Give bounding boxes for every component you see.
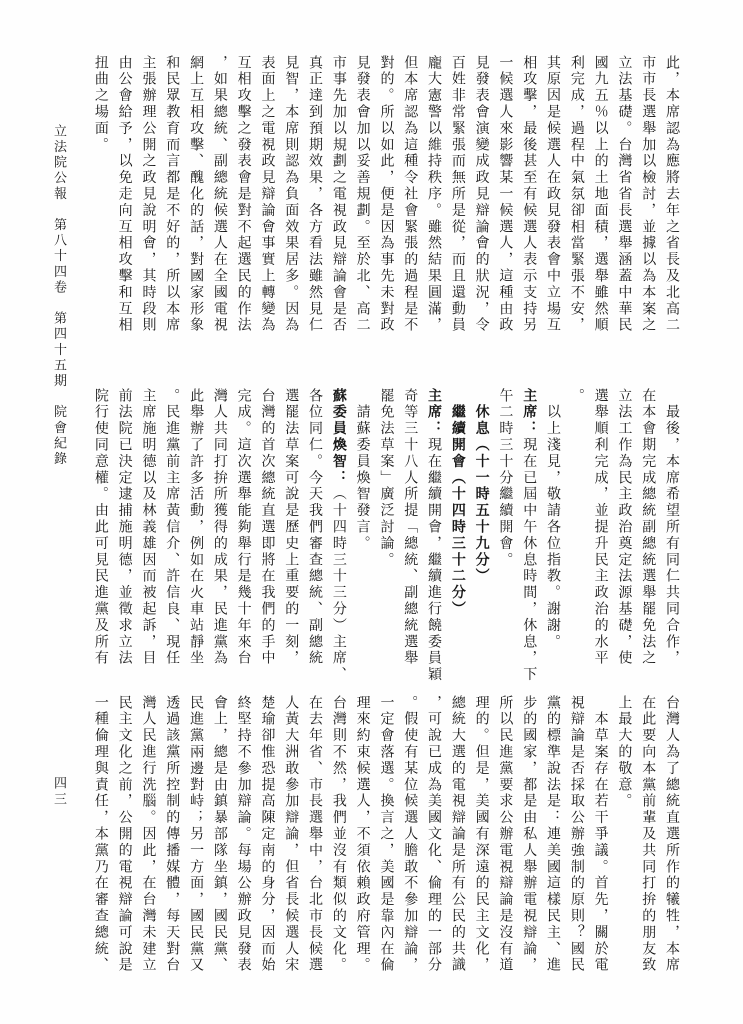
text-block-bottom: 台灣人為了總統直選所作的犧牲，本席在此要向本黨前輩及共同打拚的朋友致上最大的敬意… xyxy=(88,695,683,975)
text-column: 奇等三十八人所提「總統、副總統選舉 xyxy=(397,388,421,668)
text-column: 理來約束候選人，不須依賴政府管理。 xyxy=(350,695,374,975)
text-segment: 現在繼續開會，繼續進行饒委員穎 xyxy=(426,437,441,683)
text-segment: 午二時三十分繼續開會。 xyxy=(497,388,512,568)
text-segment: 此，本席認為應將去年之省長及北高二 xyxy=(664,55,679,334)
text-segment: 會上，總是由鎮暴部隊坐鎮，國民黨、 xyxy=(212,695,227,974)
text-column: 和民眾教育而言都是不好的，所以本席 xyxy=(159,55,183,335)
text-segment: 。假使有某位候選人膽敢不參加辯論， xyxy=(402,695,417,974)
text-segment: 罷免法草案」廣泛討論。 xyxy=(378,388,393,568)
text-segment: 一定會落選。換言之，美國是靠內在倫 xyxy=(378,695,393,974)
text-segment: 網上互相攻擊、醜化的話，對國家形象 xyxy=(188,55,203,334)
text-segment: 市事先加以規劃之電視政見辯論會是否 xyxy=(331,55,346,334)
text-segment: 見發表會加以妥善規劃。至於北、高二 xyxy=(355,55,370,334)
text-column: 黨的標準說法是：連美國這樣民主、進 xyxy=(540,695,564,975)
text-column: 在去年省、市長選舉中，台北市長候選 xyxy=(302,695,326,975)
text-column: 見智，本席則認為負面效果居多。因為 xyxy=(278,55,302,335)
text-column: 真正達到預期效果，各方看法雖然見仁 xyxy=(302,55,326,335)
text-column: 完成。這次選舉能夠舉行是幾十年來台 xyxy=(231,388,255,668)
text-column: ，可說已成為美國文化、倫理的一部分 xyxy=(421,695,445,975)
text-block-top: 此，本席認為應將去年之省長及北高二市市長選舉加以檢討，並據以為本案之立法基礎。台… xyxy=(88,55,683,335)
text-segment: 表面上之電視政見辯論會事實上轉變為 xyxy=(259,55,274,334)
text-column: 一候選人來影響某一候選人，這種由政 xyxy=(493,55,517,335)
text-segment: 此舉辦了許多活動，例如在火車站靜坐 xyxy=(188,388,203,667)
text-segment: 透過該黨所控制的傳播媒體，每天對台 xyxy=(164,695,179,974)
text-column: ，如果總統、副總統候選人在全國電視 xyxy=(207,55,231,335)
text-column: 主席：現在繼續開會，繼續進行饒委員穎 xyxy=(421,388,445,668)
text-column: 各位同仁。今天我們審查總統、副總統 xyxy=(302,388,326,668)
text-segment: 各位同仁。今天我們審查總統、副總統 xyxy=(307,388,322,667)
text-segment: 國九五％以上的土地面積，選舉雖然順 xyxy=(593,55,608,334)
text-column: 灣人共同打拚所獲得的成果，民進黨為 xyxy=(207,388,231,668)
text-segment: 步的國家，都是由私人舉辦電視辯論， xyxy=(521,695,536,974)
text-segment: 視辯論是否採取公辦強制的原則？國民 xyxy=(569,695,584,974)
text-segment: 龐大憲警以維持秩序。雖然結果圓滿， xyxy=(426,55,441,334)
text-segment: 理的。但是，美國有深遠的民主文化， xyxy=(474,695,489,974)
text-segment: 立法工作為民主政治奠定法源基礎，使 xyxy=(616,388,631,667)
text-segment: 百姓非常緊張而無所是從，而且還動員 xyxy=(450,55,465,334)
text-segment: 一候選人來影響某一候選人，這種由政 xyxy=(497,55,512,334)
text-column: 台灣的首次總統直選即將在我們的手中 xyxy=(255,388,279,668)
text-segment: 請蘇委員煥智發言。 xyxy=(355,388,370,552)
text-column: 市市長選舉加以檢討，並據以為本案之 xyxy=(635,55,659,335)
text-column: 一種倫理與責任，本黨乃在審查總統、 xyxy=(88,695,112,975)
text-segment: 台灣人為了總統直選所作的犧牲，本席 xyxy=(664,695,679,974)
text-column: 在本會期完成總統副總統選舉罷免法之 xyxy=(635,388,659,668)
text-column: 民主文化之前，公開的電視辯論可說是 xyxy=(112,695,136,975)
text-column: 見發表會演變成政見辯論會的狀況，令 xyxy=(469,55,493,335)
text-column: 繼續開會（十四時三十二分） xyxy=(445,388,469,668)
text-column: 龐大憲警以維持秩序。雖然結果圓滿， xyxy=(421,55,445,335)
text-column: 請蘇委員煥智發言。 xyxy=(350,388,374,668)
text-segment: 繼續開會（十四時三十二分） xyxy=(450,388,465,618)
text-column: 民進黨兩邊對峙；另一方面，國民黨又 xyxy=(183,695,207,975)
text-segment: 理來約束候選人，不須依賴政府管理。 xyxy=(355,695,370,974)
text-segment: 主張辦理公開之政見說明會，其時段則 xyxy=(140,55,155,334)
text-segment: （十四時三十三分）主席、 xyxy=(331,486,346,683)
text-segment: 選罷法草案可說是歷史上重要的一刻， xyxy=(283,388,298,667)
text-segment: 但本席認為這種令社會緊張的過程是不 xyxy=(402,55,417,334)
text-column: 百姓非常緊張而無所是從，而且還動員 xyxy=(445,55,469,335)
text-segment: 選舉順利完成，並提升民主政治的水平 xyxy=(593,388,608,667)
text-segment: 最後，本席希望所有同仁共同合作， xyxy=(664,388,679,667)
text-segment: 主席： xyxy=(426,388,441,437)
text-segment: 和民眾教育而言都是不好的，所以本席 xyxy=(164,55,179,334)
text-segment: 在本會期完成總統副總統選舉罷免法之 xyxy=(640,388,655,667)
text-segment: 真正達到預期效果，各方看法雖然見仁 xyxy=(307,55,322,334)
text-column: 終堅持不參加辯論。每場公辦政見發表 xyxy=(231,695,255,975)
text-column: 休息（十一時五十九分） xyxy=(469,388,493,668)
text-column: 蘇委員煥智：（十四時三十三分）主席、 xyxy=(326,388,350,668)
text-segment: 見智，本席則認為負面效果居多。因為 xyxy=(283,55,298,334)
text-segment: 灣人民進行洗腦。因此，在台灣未建立 xyxy=(140,695,155,974)
text-column: 台灣則不然，我們並沒有類似的文化。 xyxy=(326,695,350,975)
text-segment: 奇等三十八人所提「總統、副總統選舉 xyxy=(402,388,417,667)
text-column: 主席：現在已屆中午休息時間，休息，下 xyxy=(516,388,540,668)
text-segment: 相攻擊，最後甚至有候選人表示支持另 xyxy=(521,55,536,334)
text-segment: 一種倫理與責任，本黨乃在審查總統、 xyxy=(93,695,108,974)
text-segment: 在去年省、市長選舉中，台北市長候選 xyxy=(307,695,322,974)
text-column: 最後，本席希望所有同仁共同合作， xyxy=(659,388,683,668)
text-column: 主席施明德以及林義雄因而被起訴，目 xyxy=(136,388,160,668)
text-column: 但本席認為這種令社會緊張的過程是不 xyxy=(397,55,421,335)
text-segment: 現在已屆中午休息時間，休息，下 xyxy=(521,437,536,683)
text-column: 院行使同意權。由此可見民進黨及所有 xyxy=(88,388,112,668)
text-column: 表面上之電視政見辯論會事實上轉變為 xyxy=(255,55,279,335)
text-column: 以上淺見，敬請各位指教。謝謝。 xyxy=(540,388,564,668)
text-column: 互相攻擊之發表會是對不起選民的作法 xyxy=(231,55,255,335)
text-column: 網上互相攻擊、醜化的話，對國家形象 xyxy=(183,55,207,335)
text-segment: 民主文化之前，公開的電視辯論可說是 xyxy=(117,695,132,974)
text-column: 選舉順利完成，並提升民主政治的水平 xyxy=(588,388,612,668)
text-segment: 台灣則不然，我們並沒有類似的文化。 xyxy=(331,695,346,974)
text-segment: 完成。這次選舉能夠舉行是幾十年來台 xyxy=(236,388,251,667)
text-segment: 蘇委員煥智： xyxy=(331,388,346,486)
text-segment: 見發表會演變成政見辯論會的狀況，令 xyxy=(474,55,489,334)
text-column: 相攻擊，最後甚至有候選人表示支持另 xyxy=(516,55,540,335)
text-column: 午二時三十分繼續開會。 xyxy=(493,388,517,668)
text-segment: 台灣的首次總統直選即將在我們的手中 xyxy=(259,388,274,667)
text-column: 視辯論是否採取公辦強制的原則？國民 xyxy=(564,695,588,975)
text-segment: 民進黨兩邊對峙；另一方面，國民黨又 xyxy=(188,695,203,974)
text-column: 在此要向本黨前輩及共同打拚的朋友致 xyxy=(635,695,659,975)
text-column: 總統大選的電視辯論是所有公民的共識 xyxy=(445,695,469,975)
text-column: 立法基礎。台灣省省長選舉涵蓋中華民 xyxy=(612,55,636,335)
text-segment: 。 xyxy=(569,388,584,404)
text-column: 上最大的敬意。 xyxy=(612,695,636,975)
text-segment: 扭曲之場面。 xyxy=(93,55,108,153)
text-column: 此舉辦了許多活動，例如在火車站靜坐 xyxy=(183,388,207,668)
text-segment: 院行使同意權。由此可見民進黨及所有 xyxy=(93,388,108,667)
text-block-middle: 最後，本席希望所有同仁共同合作，在本會期完成總統副總統選舉罷免法之立法工作為民主… xyxy=(88,388,683,668)
text-column: 選罷法草案可說是歷史上重要的一刻， xyxy=(278,388,302,668)
text-column: 灣人民進行洗腦。因此，在台灣未建立 xyxy=(136,695,160,975)
text-segment: 主席施明德以及林義雄因而被起訴，目 xyxy=(140,388,155,667)
text-segment: 總統大選的電視辯論是所有公民的共識 xyxy=(450,695,465,974)
text-segment: 楚瑜卻惟恐提高陳定南的身分，因而始 xyxy=(259,695,274,974)
text-segment: 所以民進黨要求公辦電視辯論是沒有道 xyxy=(497,695,512,974)
gazette-page: 立法院公報 第八十四卷 第四十五期 院會紀錄 四三 此，本席認為應將去年之省長及… xyxy=(0,0,743,1024)
text-column: 楚瑜卻惟恐提高陳定南的身分，因而始 xyxy=(255,695,279,975)
text-column: 理的。但是，美國有深遠的民主文化， xyxy=(469,695,493,975)
text-column: 其原因是候選人在政見發表會中立場互 xyxy=(540,55,564,335)
text-column: 所以民進黨要求公辦電視辯論是沒有道 xyxy=(493,695,517,975)
text-segment: 市市長選舉加以檢討，並據以為本案之 xyxy=(640,55,655,334)
text-column: 由公會給予，以免走向互相攻擊和互相 xyxy=(112,55,136,335)
text-column: 。民進黨前主席黃信介、許信良、現任 xyxy=(159,388,183,668)
text-segment: 人黃大洲敢參加辯論，但省長候選人宋 xyxy=(283,695,298,974)
text-column: 扭曲之場面。 xyxy=(88,55,112,335)
text-segment: 互相攻擊之發表會是對不起選民的作法 xyxy=(236,55,251,334)
text-column: 本草案存在若干爭議。首先，關於電 xyxy=(588,695,612,975)
text-column: 對的。所以如此，便是因為事先未對政 xyxy=(374,55,398,335)
text-column: 會上，總是由鎮暴部隊坐鎮，國民黨、 xyxy=(207,695,231,975)
text-segment: 主席： xyxy=(521,388,536,437)
text-segment: 本草案存在若干爭議。首先，關於電 xyxy=(593,695,608,974)
text-column: 步的國家，都是由私人舉辦電視辯論， xyxy=(516,695,540,975)
text-segment: 在此要向本黨前輩及共同打拚的朋友致 xyxy=(640,695,655,974)
text-segment: ，可說已成為美國文化、倫理的一部分 xyxy=(426,695,441,974)
text-column: 台灣人為了總統直選所作的犧牲，本席 xyxy=(659,695,683,975)
gazette-margin-title: 立法院公報 第八十四卷 第四十五期 院會紀錄 xyxy=(50,124,69,467)
text-segment: ，如果總統、副總統候選人在全國電視 xyxy=(212,55,227,334)
text-segment: 前法院已決定逮捕施明德，並徵求立法 xyxy=(117,388,132,667)
text-segment: 黨的標準說法是：連美國這樣民主、進 xyxy=(545,695,560,974)
text-segment: 其原因是候選人在政見發表會中立場互 xyxy=(545,55,560,334)
text-column: 透過該黨所控制的傳播媒體，每天對台 xyxy=(159,695,183,975)
text-column: 此，本席認為應將去年之省長及北高二 xyxy=(659,55,683,335)
text-segment: 以上淺見，敬請各位指教。謝謝。 xyxy=(545,388,560,650)
text-column: 主張辦理公開之政見說明會，其時段則 xyxy=(136,55,160,335)
page-number: 四三 xyxy=(50,776,69,808)
text-column: 見發表會加以妥善規劃。至於北、高二 xyxy=(350,55,374,335)
text-column: 罷免法草案」廣泛討論。 xyxy=(374,388,398,668)
text-column: 人黃大洲敢參加辯論，但省長候選人宋 xyxy=(278,695,302,975)
text-segment: 利完成，過程中氣氛卻相當緊張不安， xyxy=(569,55,584,334)
text-segment: 上最大的敬意。 xyxy=(616,695,631,810)
text-column: 市事先加以規劃之電視政見辯論會是否 xyxy=(326,55,350,335)
text-column: 利完成，過程中氣氛卻相當緊張不安， xyxy=(564,55,588,335)
text-segment: 終堅持不參加辯論。每場公辦政見發表 xyxy=(236,695,251,974)
text-column: 立法工作為民主政治奠定法源基礎，使 xyxy=(612,388,636,668)
text-segment: 灣人共同打拚所獲得的成果，民進黨為 xyxy=(212,388,227,667)
text-segment: 立法基礎。台灣省省長選舉涵蓋中華民 xyxy=(616,55,631,334)
text-column: 國九五％以上的土地面積，選舉雖然順 xyxy=(588,55,612,335)
text-column: 前法院已決定逮捕施明德，並徵求立法 xyxy=(112,388,136,668)
text-segment: 。民進黨前主席黃信介、許信良、現任 xyxy=(164,388,179,667)
text-column: 。 xyxy=(564,388,588,668)
text-segment: 由公會給予，以免走向互相攻擊和互相 xyxy=(117,55,132,334)
text-segment: 休息（十一時五十九分） xyxy=(474,388,489,585)
text-column: 一定會落選。換言之，美國是靠內在倫 xyxy=(374,695,398,975)
text-segment: 對的。所以如此，便是因為事先未對政 xyxy=(378,55,393,334)
text-column: 。假使有某位候選人膽敢不參加辯論， xyxy=(397,695,421,975)
